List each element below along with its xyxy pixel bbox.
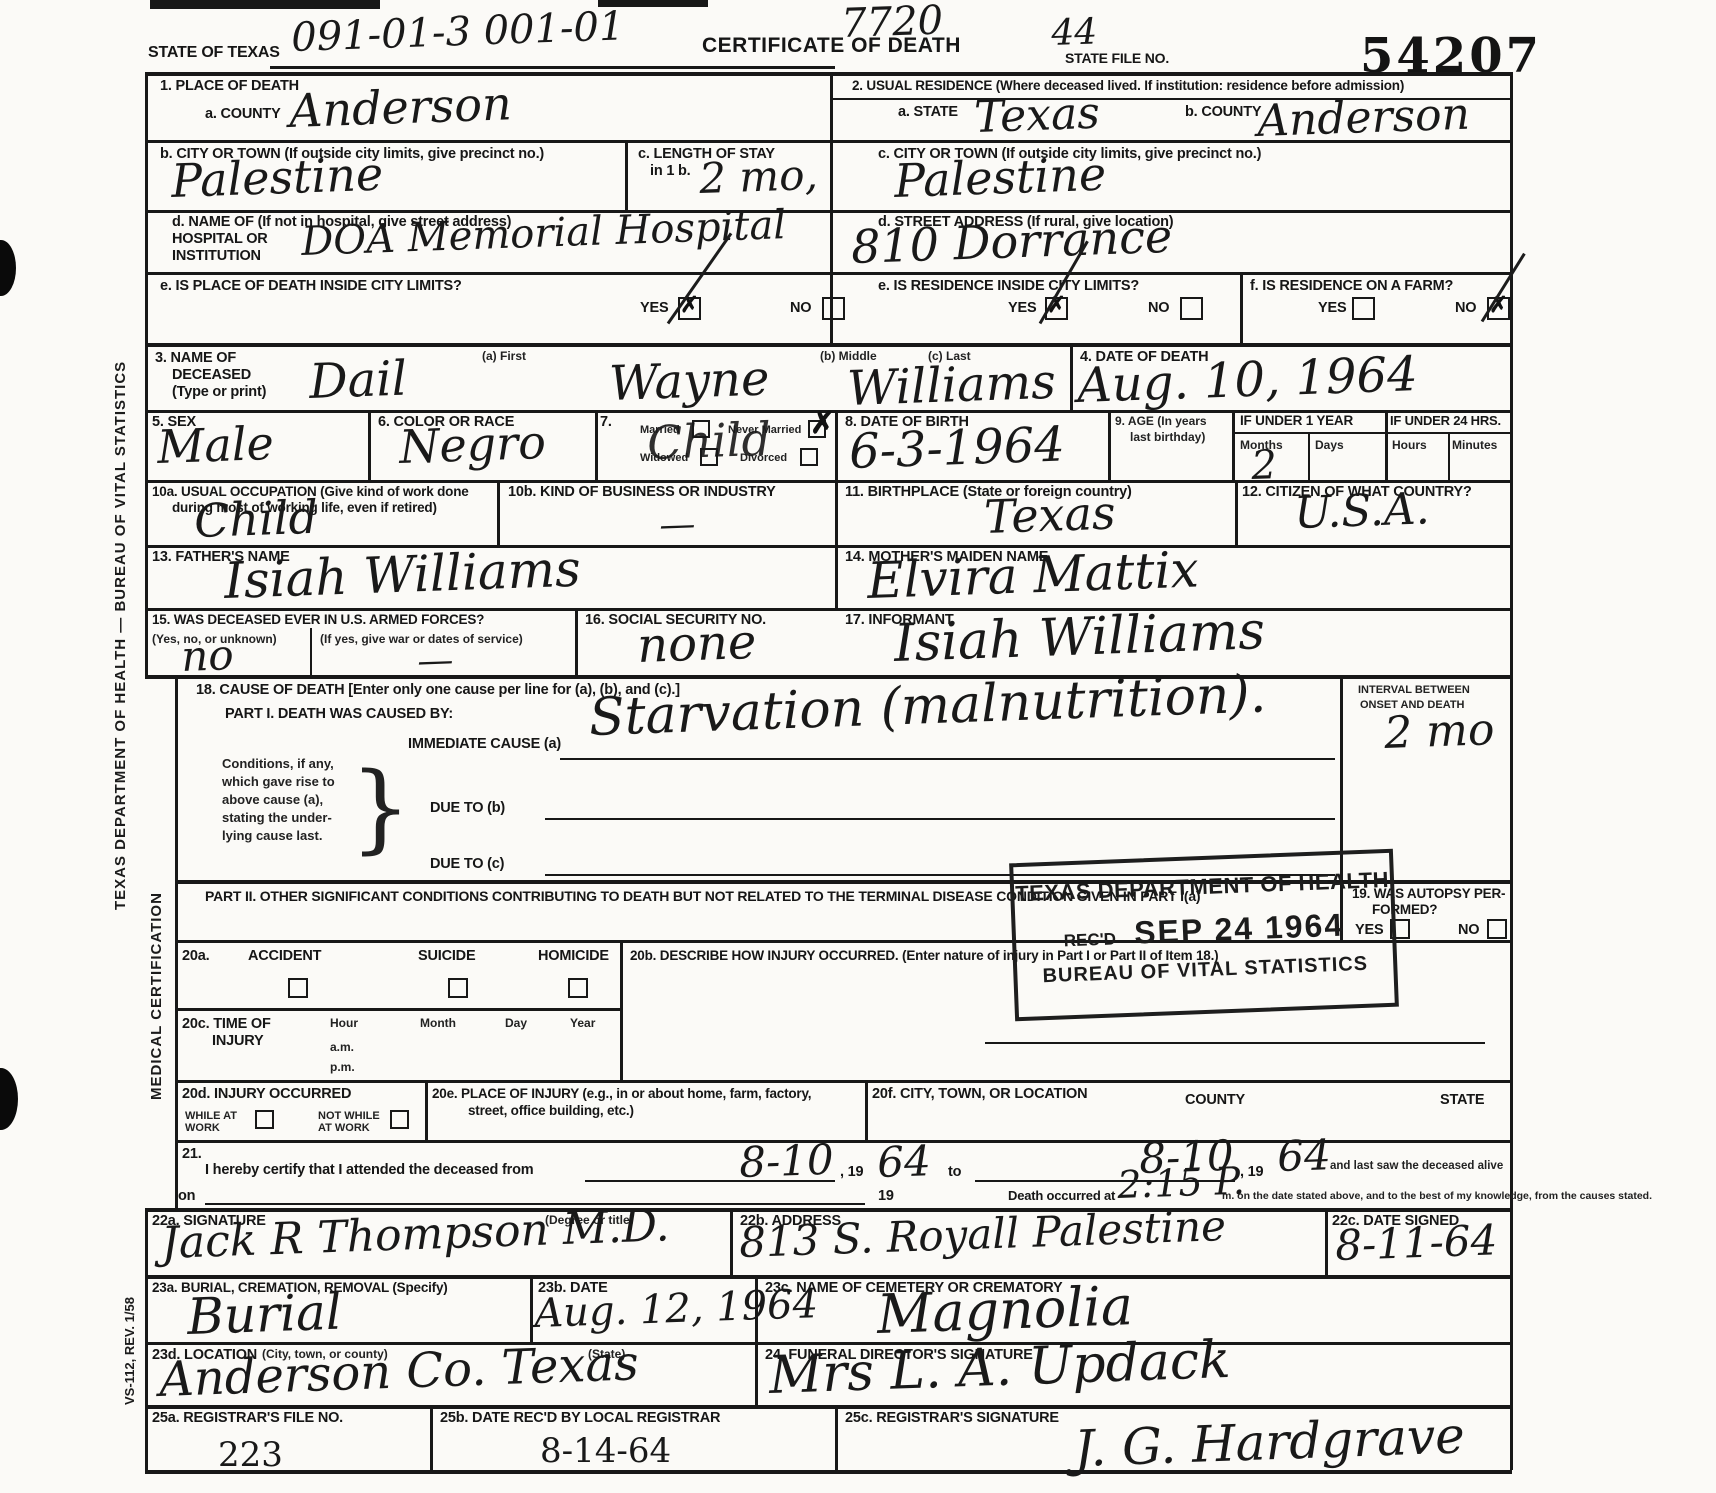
certify-on-label: on <box>178 1188 195 1204</box>
minutes-label: Minutes <box>1452 438 1497 452</box>
grid-line <box>425 1080 428 1140</box>
grid-line <box>530 1275 533 1342</box>
grid-line <box>145 72 1512 76</box>
immediate-cause-value: Starvation (malnutrition). <box>588 668 1267 744</box>
state-of-texas-label: STATE OF TEXAS <box>148 44 280 62</box>
armed-forces-label: 15. WAS DECEASED EVER IN U.S. ARMED FORC… <box>152 612 484 627</box>
hospital-label3: INSTITUTION <box>172 248 261 264</box>
certify-21-label: 21. <box>182 1146 202 1162</box>
grid-line <box>145 272 1512 275</box>
grid-line <box>835 410 838 608</box>
industry-value: — <box>659 507 696 544</box>
certify-comma19-1: , 19 <box>840 1164 863 1180</box>
conditions-note2: which gave rise to <box>222 774 335 789</box>
grid-line <box>145 608 1512 611</box>
middle-name-value: Wayne <box>608 354 770 408</box>
state-file-no-label: STATE FILE NO. <box>1065 50 1169 66</box>
registrar-file-label: 25a. REGISTRAR'S FILE NO. <box>152 1410 343 1426</box>
grid-line <box>497 480 500 545</box>
certify-year2: 64 <box>1277 1134 1332 1178</box>
name-of-deceased-label: 3. NAME OF <box>155 350 236 366</box>
grid-line <box>1240 272 1243 343</box>
armed-forces-value2: — <box>417 643 454 680</box>
date-of-birth-value: 6-3-1964 <box>848 421 1065 476</box>
residence-farm-label: f. IS RESIDENCE ON A FARM? <box>1250 278 1453 294</box>
grid-line <box>145 72 148 675</box>
registrar-file-value: 223 <box>218 1438 283 1472</box>
farm-yes-label: YES <box>1318 300 1346 316</box>
while-at-work-label2: WORK <box>185 1122 220 1134</box>
grid-line <box>1308 432 1310 480</box>
stamp-recd: REC'D <box>1063 929 1116 950</box>
grid-line <box>575 608 578 675</box>
while-at-work-checkbox <box>255 1110 274 1129</box>
residence-city-limits-label: e. IS RESIDENCE INSIDE CITY LIMITS? <box>878 278 1139 294</box>
autopsy-no-checkbox <box>1487 919 1507 939</box>
occupation-value: Child <box>193 494 318 544</box>
day-label: Day <box>505 1016 527 1030</box>
medical-certification-vertical-label: MEDICAL CERTIFICATION <box>148 680 165 1100</box>
conditions-brace: } <box>350 752 411 864</box>
first-name-label: (a) First <box>482 349 526 363</box>
grid-line <box>625 140 628 210</box>
injury-city-label: 20f. CITY, TOWN, OR LOCATION <box>872 1086 1087 1102</box>
grid-line <box>1108 410 1111 480</box>
immediate-cause-label: IMMEDIATE CAUSE (a) <box>408 736 561 752</box>
handwritten-state-code: 091-01-3 001-01 <box>291 6 625 58</box>
place-limits-no-label: NO <box>790 300 811 316</box>
last-name-value: Williams <box>846 358 1056 413</box>
informant-value: Isiah Williams <box>893 605 1266 670</box>
first-name-value: Dail <box>308 355 407 406</box>
certify-text1: I hereby certify that I attended the dec… <box>205 1162 533 1178</box>
conditions-note4: stating the under- <box>222 810 332 825</box>
suicide-label: SUICIDE <box>418 948 475 964</box>
injury-occurred-label: 20d. INJURY OCCURRED <box>182 1086 351 1102</box>
stamp-date: SEP 24 1964 <box>1133 907 1344 951</box>
scan-artifact <box>0 1068 18 1130</box>
grid-line <box>1070 343 1073 410</box>
certify-year1: 64 <box>877 1140 932 1184</box>
age-label: 9. AGE (In years <box>1115 414 1207 428</box>
handwritten-number-44: 44 <box>1051 14 1098 52</box>
days-label: Days <box>1315 438 1344 452</box>
accident-label: ACCIDENT <box>248 948 321 964</box>
grid-line <box>310 628 312 675</box>
grid-line <box>145 343 1512 347</box>
scan-artifact <box>0 240 16 296</box>
year-label: Year <box>570 1016 595 1030</box>
grid-line <box>1235 480 1238 545</box>
residence-county-value: Anderson <box>1256 93 1470 144</box>
residence-limits-no-checkbox <box>1180 297 1203 320</box>
registrar-date-value: 8-14-64 <box>540 1434 671 1468</box>
grid-line <box>1325 1208 1328 1275</box>
grid-line <box>865 1080 868 1140</box>
grid-line <box>175 675 178 1208</box>
state-file-number: 54207 <box>1360 28 1542 84</box>
grid-line <box>1232 432 1512 434</box>
farm-yes-checkbox <box>1352 297 1375 320</box>
received-stamp: TEXAS DEPARTMENT OF HEALTH REC'D SEP 24 … <box>1009 849 1399 1022</box>
grid-line <box>1232 410 1235 480</box>
registrar-date-label: 25b. DATE REC'D BY LOCAL REGISTRAR <box>440 1410 720 1426</box>
sex-value: Male <box>156 420 274 470</box>
armed-forces-value1: no <box>181 634 235 678</box>
farm-no-label: NO <box>1455 300 1476 316</box>
time-of-injury-label2: INJURY <box>212 1033 263 1049</box>
grid-line <box>145 675 1512 679</box>
birthplace-value: Texas <box>983 489 1116 540</box>
date-of-death-value: Aug. 10, 1964 <box>1076 350 1418 410</box>
stamp-line1: TEXAS DEPARTMENT OF HEALTH <box>1014 867 1391 907</box>
autopsy-no-label: NO <box>1458 922 1479 938</box>
place-limits-no-checkbox <box>822 297 845 320</box>
grid-line <box>368 410 371 480</box>
residence-county-label: b. COUNTY <box>1185 104 1261 120</box>
certify-text5: m. on the date stated above, and to the … <box>1222 1190 1652 1202</box>
accident-checkbox <box>288 978 308 998</box>
residence-limits-no-label: NO <box>1148 300 1169 316</box>
residence-state-label: a. STATE <box>898 104 958 120</box>
citizen-value: U.S.A. <box>1293 487 1430 536</box>
registrar-signature-label: 25c. REGISTRAR'S SIGNATURE <box>845 1410 1059 1426</box>
grid-line <box>175 1080 1512 1083</box>
place-of-injury-label: 20e. PLACE OF INJURY (e.g., in or about … <box>432 1086 811 1101</box>
pm-label: p.m. <box>330 1060 355 1074</box>
funeral-director-signature: Mrs L. A. Updack <box>768 1334 1231 1402</box>
form-code: VS-112, REV. 1/58 <box>122 1195 137 1405</box>
certify-19-label: 19 <box>878 1188 894 1204</box>
suicide-checkbox <box>448 978 468 998</box>
scan-artifact <box>150 0 380 9</box>
homicide-label: HOMICIDE <box>538 948 609 964</box>
length-of-stay-value: 2 mo, <box>699 154 819 200</box>
street-address-value: 810 Dorrance <box>850 213 1172 270</box>
marital-overlay-handwriting: Child <box>646 416 771 466</box>
place-of-death-label: 1. PLACE OF DEATH <box>160 78 299 94</box>
ssn-value: none <box>636 618 757 670</box>
place-city-value: Palestine <box>170 151 383 204</box>
grid-line <box>145 1275 1512 1279</box>
grid-line <box>1510 72 1513 1470</box>
age-label2: last birthday) <box>1130 430 1205 444</box>
stamp-line3: BUREAU OF VITAL STATISTICS <box>1017 952 1394 989</box>
am-label: a.m. <box>330 1040 354 1054</box>
grid-line <box>145 210 1512 213</box>
residence-limits-yes-label: YES <box>1008 300 1036 316</box>
due-to-b-label: DUE TO (b) <box>430 800 505 816</box>
residence-state-value: Texas <box>973 92 1100 140</box>
grid-line <box>835 1405 838 1470</box>
not-while-checkbox <box>390 1110 409 1129</box>
name-of-deceased-label3: (Type or print) <box>172 384 266 400</box>
hours-label: Hours <box>1392 438 1427 452</box>
name-of-deceased-label2: DECEASED <box>172 367 251 383</box>
mother-name-value: Elvira Mattix <box>866 544 1199 606</box>
blank-line <box>560 758 1335 760</box>
cemetery-value: Magnolia <box>876 1279 1134 1342</box>
industry-label: 10b. KIND OF BUSINESS OR INDUSTRY <box>508 484 776 500</box>
date-signed-value: 8-11-64 <box>1335 1219 1498 1267</box>
conditions-note1: Conditions, if any, <box>222 756 334 771</box>
conditions-note3: above cause (a), <box>222 792 323 807</box>
homicide-checkbox <box>568 978 588 998</box>
grid-line <box>175 1008 620 1011</box>
location-value: Anderson Co. Texas <box>158 1339 639 1404</box>
never-married-checkbox: ✗ <box>808 420 826 438</box>
grid-line <box>730 1208 733 1275</box>
while-at-work-label: WHILE AT <box>185 1110 237 1122</box>
grid-line <box>1448 432 1450 480</box>
race-value: Negro <box>398 419 546 470</box>
injury-20a-label: 20a. <box>182 948 209 964</box>
not-while-label: NOT WHILE <box>318 1110 380 1122</box>
if-under-1-year-label: IF UNDER 1 YEAR <box>1240 413 1353 428</box>
certify-to-label: to <box>948 1164 961 1180</box>
blank-line <box>985 1042 1485 1044</box>
place-city-limits-label: e. IS PLACE OF DEATH INSIDE CITY LIMITS? <box>160 278 462 294</box>
part1-label: PART I. DEATH WAS CAUSED BY: <box>225 706 453 722</box>
month-label: Month <box>420 1016 456 1030</box>
handwritten-number-7720: 7720 <box>841 0 944 44</box>
hour-label: Hour <box>330 1016 358 1030</box>
certify-text3: and last saw the deceased alive <box>1330 1160 1503 1172</box>
grid-line <box>1385 410 1388 480</box>
certify-from-date: 8-10 <box>739 1139 835 1184</box>
marital-label: 7. <box>600 414 612 430</box>
father-name-value: Isiah Williams <box>223 544 581 606</box>
due-to-c-label: DUE TO (c) <box>430 856 504 872</box>
injury-state-label: STATE <box>1440 1092 1484 1108</box>
place-county-value: Anderson <box>288 80 512 134</box>
divorced-checkbox <box>800 448 818 466</box>
grid-line <box>145 480 1512 483</box>
place-limits-yes-label: YES <box>640 300 668 316</box>
registrar-signature-value: J. G. Hardgrave <box>1073 1410 1465 1474</box>
months-value: 2 <box>1251 445 1278 486</box>
grid-line <box>145 1470 1512 1474</box>
death-certificate-page: TEXAS DEPARTMENT OF HEALTH — BUREAU OF V… <box>0 0 1716 1493</box>
grid-line <box>145 1405 1512 1409</box>
if-under-24-label: IF UNDER 24 HRS. <box>1390 413 1501 428</box>
conditions-note5: lying cause last. <box>222 828 322 843</box>
injury-county-label: COUNTY <box>1185 1092 1245 1108</box>
not-while-label2: AT WORK <box>318 1122 370 1134</box>
hospital-label2: HOSPITAL OR <box>172 231 268 247</box>
interval-label: INTERVAL BETWEEN <box>1358 684 1470 696</box>
grid-line <box>595 410 598 480</box>
grid-line <box>430 1405 433 1470</box>
interval-value: 2 mo <box>1383 708 1495 756</box>
blank-line <box>545 818 1335 820</box>
grid-line <box>145 1208 148 1470</box>
residence-city-value: Palestine <box>893 151 1106 204</box>
burial-value: Burial <box>186 1287 342 1342</box>
length-of-stay-label2: in 1 b. <box>650 163 691 179</box>
left-margin-department-text: TEXAS DEPARTMENT OF HEALTH — BUREAU OF V… <box>112 250 129 910</box>
place-of-injury-label2: street, office building, etc.) <box>468 1103 634 1118</box>
time-of-injury-label: 20c. TIME OF <box>182 1016 271 1032</box>
header-underline <box>270 66 835 69</box>
certify-text4: Death occurred at <box>1008 1188 1115 1203</box>
usual-residence-label: 2. USUAL RESIDENCE (Where deceased lived… <box>852 78 1404 93</box>
county-label: a. COUNTY <box>205 106 281 122</box>
grid-line <box>620 940 623 1080</box>
